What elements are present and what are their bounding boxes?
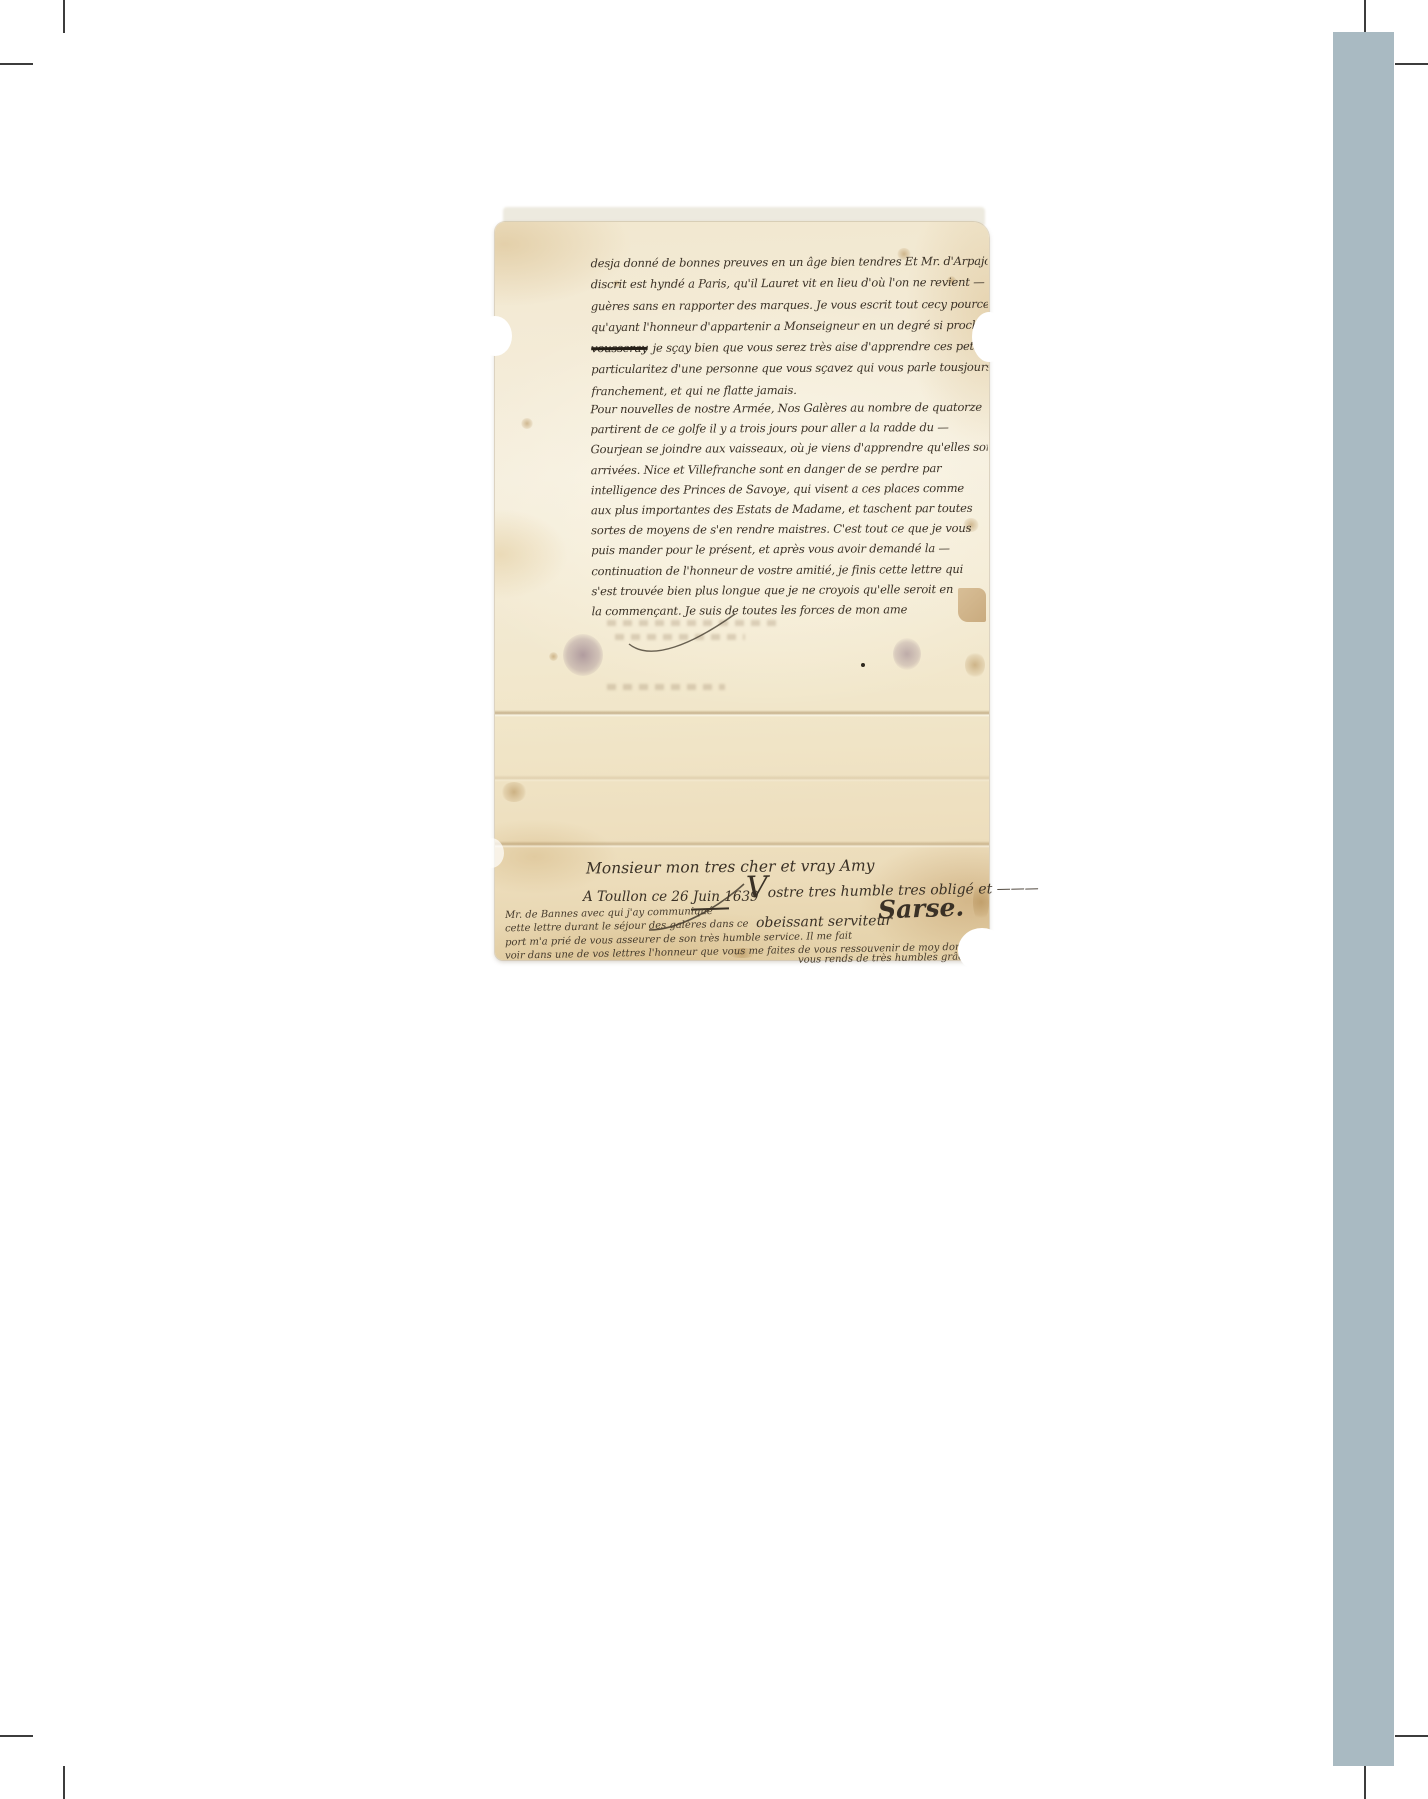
salutation-line: Monsieur mon tres cher et vray Amy bbox=[586, 856, 875, 877]
chapter-tab-bar bbox=[1333, 32, 1394, 1766]
signature: Sarse. bbox=[878, 893, 965, 925]
manuscript-line: qu'ayant l'honneur d'appartenir a Monsei… bbox=[591, 315, 988, 339]
manuscript-line: intelligence des Princes de Savoye, qui … bbox=[591, 478, 988, 501]
manuscript-line: s'est trouvée bien plus longue que je ne… bbox=[591, 579, 988, 602]
crop-mark-bottom-right-horizontal bbox=[1395, 1735, 1428, 1737]
torn-edge-notch bbox=[958, 928, 1006, 972]
letter-paragraph-2: Pour nouvelles de nostre Armée, Nos Galè… bbox=[590, 397, 988, 622]
torn-edge-notch bbox=[478, 838, 504, 868]
paper-stain bbox=[965, 652, 985, 678]
crop-mark-top-right-horizontal bbox=[1395, 63, 1428, 65]
ink-bleedthrough bbox=[607, 684, 725, 690]
crop-mark-top-left-horizontal bbox=[0, 63, 33, 65]
manuscript-line-text: je sçay bien que vous serez très aise d'… bbox=[653, 339, 989, 355]
torn-edge-notch bbox=[972, 312, 1006, 362]
fold-crease bbox=[495, 710, 989, 717]
manuscript-line: Pour nouvelles de nostre Armée, Nos Galè… bbox=[590, 397, 987, 420]
letter-paragraph-1: desja donné de bonnes preuves en un âge … bbox=[591, 251, 989, 403]
manuscript-line: desja donné de bonnes preuves en un âge … bbox=[591, 251, 988, 275]
fold-crease bbox=[495, 775, 989, 782]
crop-mark-bottom-left-vertical bbox=[63, 1766, 65, 1799]
crop-mark-bottom-left-horizontal bbox=[0, 1735, 33, 1737]
fold-crease bbox=[495, 841, 989, 848]
struck-out-word: vousseray bbox=[591, 341, 648, 355]
letter-paper: desja donné de bonnes preuves en un âge … bbox=[495, 222, 989, 960]
crop-mark-bottom-right-vertical bbox=[1364, 1766, 1366, 1799]
paper-stain bbox=[521, 418, 533, 429]
ink-speck bbox=[861, 663, 865, 667]
torn-edge-notch bbox=[478, 316, 512, 356]
manuscript-line: partirent de ce golfe il y a trois jours… bbox=[590, 417, 987, 440]
crop-mark-top-right-vertical bbox=[1364, 0, 1366, 33]
paper-stain bbox=[549, 652, 558, 661]
manuscript-line: discrit est hyndé a Paris, qu'il Lauret … bbox=[591, 272, 988, 296]
manuscript-line: continuation de l'honneur de vostre amit… bbox=[591, 558, 988, 581]
pen-flourish bbox=[623, 610, 743, 668]
postscript-line: vous rends de très humbles grâces. bbox=[798, 951, 978, 965]
manuscript-line: guères sans en rapporter des marques. Je… bbox=[591, 293, 988, 317]
seal-stain bbox=[893, 638, 921, 670]
crop-mark-top-left-vertical bbox=[63, 0, 65, 33]
manuscript-line: sortes de moyens de s'en rendre maistres… bbox=[591, 518, 988, 541]
proof-page: { "page": { "background_color": "#ffffff… bbox=[0, 0, 1428, 1799]
seal-stain bbox=[563, 634, 603, 676]
manuscript-line: puis mander pour le présent, et après vo… bbox=[591, 538, 988, 561]
manuscript-line: vousserayje sçay bien que vous serez trè… bbox=[591, 336, 988, 360]
manuscript-line: arrivées. Nice et Villefranche sont en d… bbox=[591, 457, 988, 480]
manuscript-line: Gourjean se joindre aux vaisseaux, où je… bbox=[591, 437, 988, 460]
manuscript-line: aux plus importantes des Estats de Madam… bbox=[591, 498, 988, 521]
paper-stain bbox=[501, 782, 527, 802]
closing-line-2: obeissant serviteur bbox=[756, 913, 892, 931]
manuscript-line: particularitez d'une personne que vous s… bbox=[591, 357, 988, 381]
